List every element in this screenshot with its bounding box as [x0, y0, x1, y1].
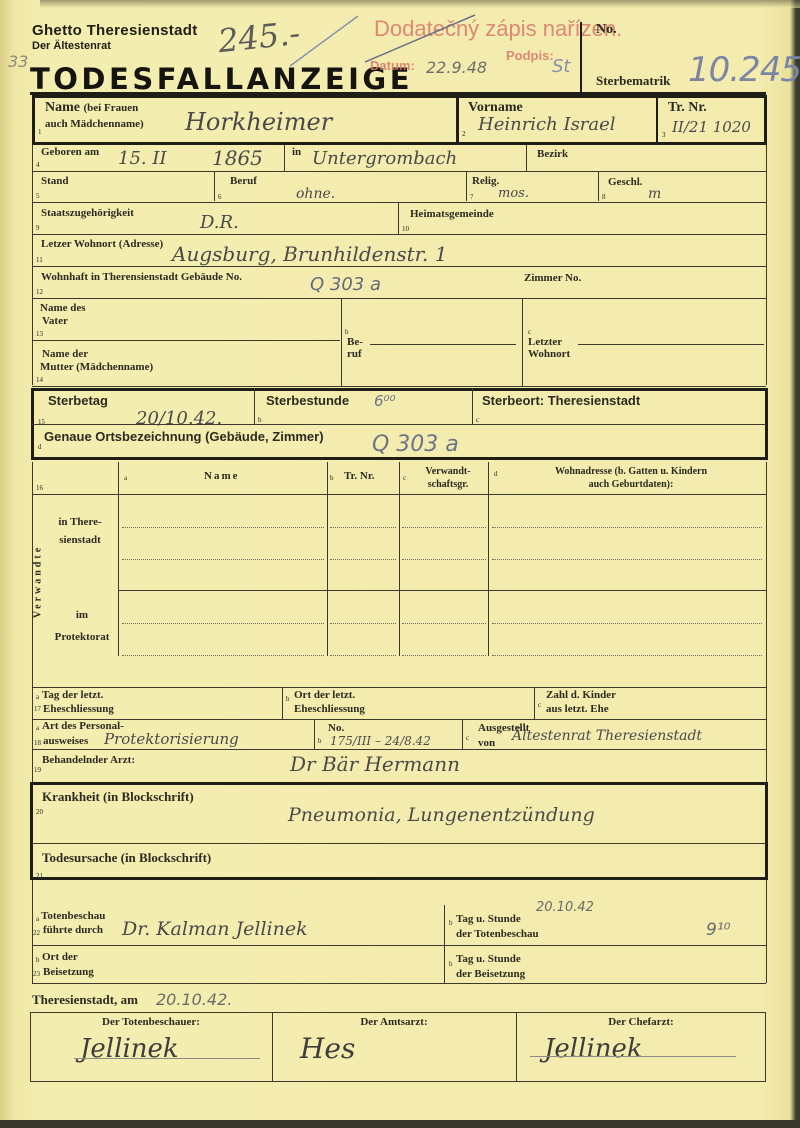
surname-value[interactable]: Horkheimer: [185, 108, 332, 136]
tag-totenbeschau-date[interactable]: 20.10.42: [536, 900, 594, 915]
table-row[interactable]: [122, 527, 324, 528]
wohnhaft-label: Wohnhaft in Therensienstadt Gebäude No.: [41, 271, 242, 284]
sterbematrik-label: Sterbematrik: [596, 73, 670, 89]
geschl-value[interactable]: m: [648, 186, 661, 202]
field-number-4: 4: [36, 161, 40, 169]
table-row[interactable]: [330, 623, 396, 624]
divider: [444, 905, 445, 983]
staat-value[interactable]: D.R.: [200, 212, 239, 233]
field-number-19: 19: [34, 766, 41, 774]
sig-line: [530, 1056, 736, 1057]
divider: [462, 719, 463, 749]
col-letter-b: b: [330, 474, 334, 482]
todesursache-label: Todesursache (in Blockschrift): [42, 850, 211, 866]
row-divider: [32, 386, 766, 387]
row-divider: [32, 171, 766, 172]
group-label-theresienstadt: in There- sienstadt: [44, 513, 116, 549]
row-divider: [32, 202, 766, 203]
table-row[interactable]: [492, 527, 762, 528]
in-label: in: [292, 146, 301, 159]
row-divider: [32, 340, 340, 341]
group-label-protektorat: im Protektorat: [44, 604, 120, 648]
field-line: [370, 344, 516, 345]
council-name: Der Ältestenrat: [32, 40, 111, 52]
relig-value[interactable]: mos.: [498, 186, 529, 201]
wohnhaft-value[interactable]: Q 303 a: [310, 274, 381, 295]
zimmer-label: Zimmer No.: [524, 272, 581, 285]
sig-line: [74, 1058, 260, 1059]
arzt-label: Behandelnder Arzt:: [42, 754, 135, 767]
field-number-5: 5: [36, 192, 40, 200]
form-left-border: [32, 687, 33, 782]
table-row[interactable]: [330, 655, 396, 656]
field-letter-b: b: [258, 416, 262, 424]
name-label-text: Name: [45, 100, 80, 115]
ort-ehe-label-line2: Eheschliessung: [294, 703, 365, 716]
place-date-value[interactable]: 20.10.42.: [156, 990, 232, 1009]
divider: [656, 95, 658, 145]
mutter-label: Name der: [42, 348, 88, 361]
divider: [456, 95, 459, 145]
heimat-label: Heimatsgemeinde: [410, 208, 494, 221]
beruf-value[interactable]: ohne.: [296, 186, 335, 202]
group-label-line2: Protektorat: [44, 626, 120, 648]
group-divider: [118, 590, 766, 591]
krankheit-label: Krankheit (in Blockschrift): [42, 789, 194, 805]
row-divider: [32, 719, 766, 720]
table-row[interactable]: [122, 559, 324, 560]
eltern-beruf-label-line2: ruf: [347, 348, 362, 361]
tag-beisetzung-label-line2: der Beisetzung: [456, 968, 525, 981]
geschl-label: Geschl.: [608, 176, 643, 189]
beisetzung-label: Ort der: [42, 951, 78, 964]
row-divider: [32, 983, 766, 984]
margin-note: 33: [8, 52, 28, 71]
divider: [254, 388, 255, 424]
form-left-border: [32, 145, 33, 385]
geboren-year[interactable]: 1865: [212, 146, 263, 170]
beisetzung-label-line2: Beisetzung: [43, 966, 94, 979]
field-letter-a: a: [36, 724, 39, 732]
sig-chefarzt: Jellinek: [544, 1034, 643, 1064]
wohnort-value[interactable]: Augsburg, Brunhildenstr. 1: [172, 242, 447, 266]
divider: [522, 298, 523, 386]
form-right-border: [766, 462, 767, 688]
table-row[interactable]: [492, 559, 762, 560]
sterbestunde-label: Sterbestunde: [266, 393, 349, 408]
vater-label-line2: Vater: [42, 315, 68, 328]
staat-label: Staatszugehörigkeit: [41, 207, 134, 220]
field-letter-b: b: [318, 737, 322, 745]
sterbeort-label: Sterbeort: Theresienstadt: [482, 393, 640, 408]
col-header-name: Name: [204, 470, 240, 482]
ort-ehe-label: Ort der letzt.: [294, 689, 355, 702]
verwandte-side-label: Verwandte: [33, 542, 44, 622]
field-letter-b: b: [449, 919, 453, 927]
field-number-6: 6: [218, 193, 222, 201]
trnr-label: Tr. Nr.: [668, 100, 707, 116]
divider: [472, 388, 473, 424]
ausweis-label-line2: ausweises: [43, 735, 88, 748]
vater-label: Name des: [40, 302, 86, 315]
name-label-note: (bei Frauen: [84, 102, 139, 114]
row-divider: [32, 234, 766, 235]
field-number-8: 8: [602, 193, 606, 201]
field-letter-b: b: [286, 695, 290, 703]
arzt-value[interactable]: Dr Bär Hermann: [290, 752, 460, 776]
field-number-18: 18: [34, 739, 41, 747]
table-row[interactable]: [492, 623, 762, 624]
vorname-value[interactable]: Heinrich Israel: [478, 114, 616, 135]
field-number-13: 13: [36, 330, 43, 338]
sterbetag-value[interactable]: 20/10.42.: [136, 408, 222, 429]
col-letter-a: a: [124, 474, 127, 482]
document-paper: [0, 0, 800, 1128]
field-number-23: 23: [33, 970, 40, 978]
table-row[interactable]: [402, 559, 486, 560]
row-divider: [32, 749, 766, 750]
divider: [598, 171, 599, 201]
field-number-17: 17: [34, 705, 41, 713]
row-divider: [32, 266, 766, 267]
field-number-21: 21: [36, 872, 43, 880]
geboren-day[interactable]: 15. II: [118, 148, 167, 169]
header-divider: [580, 22, 582, 92]
stamp-sign-value: St: [552, 56, 570, 77]
page-edge-shadow: [40, 0, 800, 8]
field-letter-b: b: [345, 328, 349, 336]
table-row[interactable]: [122, 655, 324, 656]
field-letter-b: b: [36, 956, 40, 964]
field-letter-c: c: [466, 734, 469, 742]
divider: [526, 145, 527, 171]
sterbetag-label: Sterbetag: [48, 393, 108, 408]
group-label-line1: im: [44, 604, 120, 626]
geburtsort-value[interactable]: Untergrombach: [312, 148, 457, 169]
name-label-line2: auch Mädchenname): [45, 118, 144, 131]
tag-totenbeschau-label: Tag u. Stunde: [456, 913, 521, 926]
col-header-verwandt: Verwandt- schaftsgr.: [408, 465, 488, 491]
page-bottom-edge: [0, 1120, 800, 1128]
field-number-16: 16: [36, 484, 43, 492]
sterbestunde-value[interactable]: 6⁰⁰: [374, 392, 396, 410]
tag-beisetzung-label: Tag u. Stunde: [456, 953, 521, 966]
sterbematrik-value: 10.245: [688, 50, 800, 90]
tag-ehe-label-line2: Eheschliessung: [43, 703, 114, 716]
col-divider: [327, 462, 328, 656]
totenbeschau-label-line2: führte durch: [43, 924, 103, 937]
field-letter-d: d: [38, 443, 42, 451]
table-row[interactable]: [492, 655, 762, 656]
strike-line-icon: [360, 10, 480, 65]
tag-totenbeschau-time[interactable]: 9¹⁰: [706, 920, 730, 940]
field-letter-c: c: [476, 416, 479, 424]
kinder-label-line2: aus letzt. Ehe: [546, 703, 609, 716]
field-letter-a: a: [36, 693, 39, 701]
divider: [282, 687, 283, 719]
field-letter-c: c: [538, 701, 541, 709]
row-divider: [32, 843, 766, 844]
kinder-label: Zahl d. Kinder: [546, 689, 616, 702]
field-number-3: 3: [662, 131, 666, 139]
field-number-1: 1: [38, 128, 42, 136]
row-divider: [32, 945, 766, 946]
col-letter-d: d: [494, 470, 498, 478]
table-row[interactable]: [402, 527, 486, 528]
field-letter-c: c: [528, 328, 531, 336]
row-divider: [32, 424, 766, 425]
field-number-22: 22: [33, 929, 40, 937]
ausweis-no-value[interactable]: 175/III – 24/8.42: [330, 734, 431, 748]
bezirk-label: Bezirk: [537, 148, 568, 161]
table-row[interactable]: [402, 623, 486, 624]
table-row[interactable]: [402, 655, 486, 656]
col-divider: [399, 462, 400, 656]
table-row[interactable]: [330, 559, 396, 560]
field-letter-a: a: [36, 915, 39, 923]
stamp-sign-label: Podpis:: [506, 48, 554, 63]
name-label: Name (bei Frauen: [45, 100, 138, 116]
field-number-11: 11: [36, 256, 43, 264]
krankheit-value[interactable]: Pneumonia, Lungenentzündung: [288, 804, 595, 826]
table-row[interactable]: [330, 527, 396, 528]
org-name: Ghetto Theresienstadt: [32, 22, 198, 39]
form-right-border: [766, 145, 767, 385]
mutter-label-line2: Mutter (Mädchenname): [40, 361, 153, 374]
sig-label-chefarzt: Der Chefarzt:: [516, 1016, 766, 1029]
col-letter-c: c: [403, 474, 406, 482]
table-header-divider: [32, 494, 766, 495]
divider: [214, 171, 215, 201]
divider: [284, 145, 285, 171]
ausgestellt-value[interactable]: Ältestenrat Theresienstadt: [512, 728, 702, 744]
wohnort-label: Letzer Wohnort (Adresse): [41, 238, 163, 251]
sig-label-amtsarzt: Der Amtsarzt:: [272, 1016, 516, 1029]
row-divider: [32, 687, 766, 688]
field-number-9: 9: [36, 224, 40, 232]
group-label-line1: in There-: [44, 513, 116, 531]
sig-label-totenbeschauer: Der Totenbeschauer:: [30, 1016, 272, 1029]
field-number-14: 14: [36, 376, 43, 384]
ortsbez-value[interactable]: Q 303 a: [372, 432, 459, 457]
sig-amtsarzt: Hes: [300, 1032, 355, 1065]
field-letter-b: b: [449, 960, 453, 968]
field-number-12: 12: [36, 288, 43, 296]
form-right-border: [766, 880, 767, 983]
row-divider: [32, 298, 766, 299]
tag-totenbeschau-label-line2: der Totenbeschau: [456, 928, 539, 941]
stand-label: Stand: [41, 175, 69, 188]
field-number-20: 20: [36, 808, 43, 816]
geboren-label: Geboren am: [41, 146, 99, 159]
ausweis-value[interactable]: Protektorisierung: [104, 730, 239, 748]
field-number-10: 10: [402, 225, 409, 233]
divider: [341, 298, 342, 386]
totenbeschau-value[interactable]: Dr. Kalman Jellinek: [122, 918, 308, 940]
divider: [314, 719, 315, 749]
place-date-label: Theresienstadt, am: [32, 992, 138, 1008]
strike-line-icon: [290, 14, 360, 69]
eltern-wohnort-label-line2: Wohnort: [528, 348, 570, 361]
no-label: No.: [596, 22, 617, 38]
col-divider: [488, 462, 489, 656]
col-header-wohnadresse: Wohnadresse (b. Gatten u. Kindern auch G…: [500, 465, 762, 491]
beruf-label: Beruf: [230, 175, 257, 188]
trnr-value[interactable]: II/21 1020: [672, 118, 751, 136]
field-number-7: 7: [470, 193, 474, 201]
divider: [534, 687, 535, 719]
sig-totenbeschauer: Jellinek: [80, 1034, 179, 1064]
field-line: [578, 344, 764, 345]
ortsbez-label: Genaue Ortsbezeichnung (Gebäude, Zimmer): [44, 429, 324, 444]
col-header-trnr: Tr. Nr.: [344, 470, 374, 482]
field-number-2: 2: [462, 130, 466, 138]
table-row[interactable]: [122, 623, 324, 624]
group-label-line2: sienstadt: [44, 531, 116, 549]
tag-ehe-label: Tag der letzt.: [42, 689, 103, 702]
form-right-border: [766, 687, 767, 782]
divider: [398, 202, 399, 234]
divider: [466, 171, 467, 201]
totenbeschau-label: Totenbeschau: [41, 910, 105, 923]
relig-label: Relig.: [472, 175, 499, 188]
